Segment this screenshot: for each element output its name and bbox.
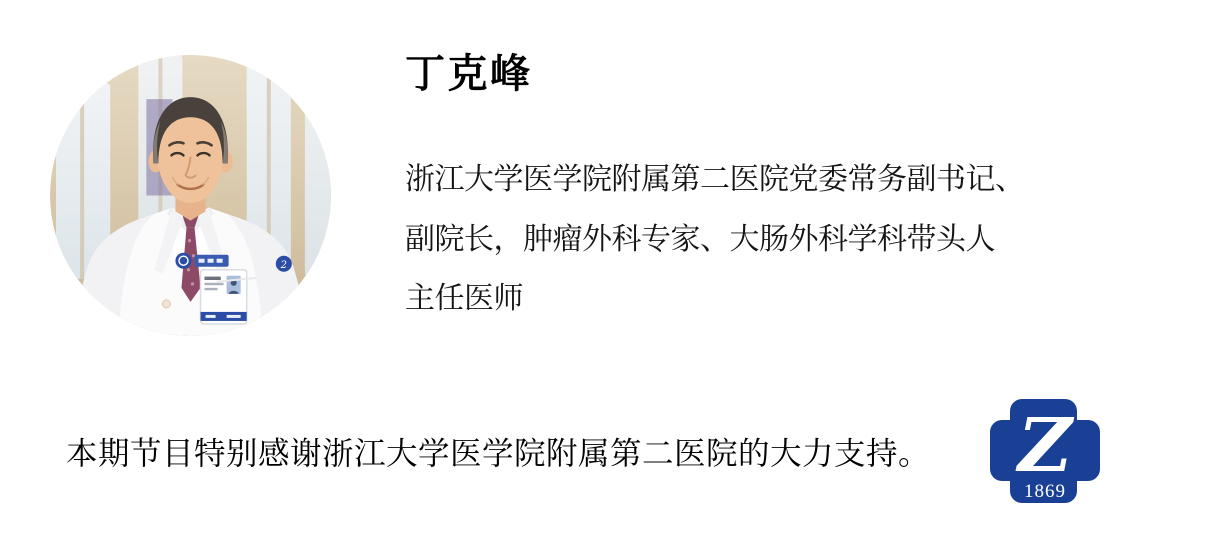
id-badge <box>201 270 247 324</box>
svg-text:2: 2 <box>280 260 287 271</box>
logo-letter-z: Z <box>990 409 1100 483</box>
title-line-1: 浙江大学医学院附属第二医院党委常务副书记、 <box>405 150 1025 210</box>
hospital-logo: Z 1869 <box>990 399 1100 504</box>
hospital-pin-badge <box>175 253 191 269</box>
doctor-photo: 2 <box>50 55 331 336</box>
logo-year: 1869 <box>990 482 1100 501</box>
title-line-2: 副院长，肿瘤外科专家、大肠外科学科带头人 <box>405 210 1025 270</box>
title-line-3: 主任医师 <box>405 269 1025 329</box>
doctor-portrait-illustration: 2 <box>50 55 331 336</box>
doctor-titles: 浙江大学医学院附属第二医院党委常务副书记、 副院长，肿瘤外科专家、大肠外科学科带… <box>405 150 1025 329</box>
doctor-name: 丁克峰 <box>405 50 533 98</box>
profile-slide: { "page": { "background": "#ffffff" }, "… <box>0 0 1214 544</box>
coat-button <box>162 300 170 308</box>
acknowledgement-text: 本期节目特别感谢浙江大学医学院附属第二医院的大力支持。 <box>66 434 930 474</box>
